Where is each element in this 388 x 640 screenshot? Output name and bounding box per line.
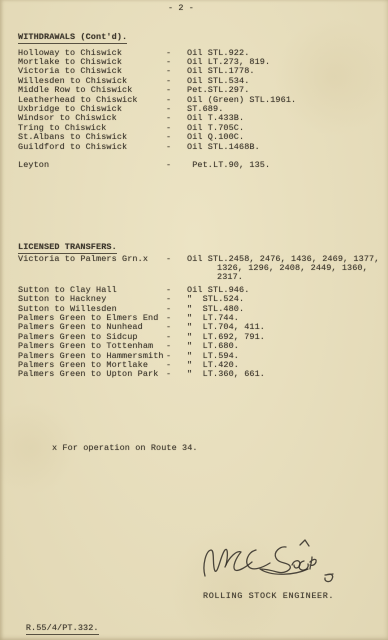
fleet-numbers: Oil STL.2458, 2476, 1436, 2469, 1377,132… (187, 255, 384, 283)
dash-separator: - (160, 77, 187, 86)
reference-number-text: R.55/4/PT.332. (26, 624, 99, 635)
table-row: Leyton - Pet.LT.90, 135. (18, 161, 384, 170)
page-number: - 2 - (0, 4, 362, 13)
dash-separator: - (160, 255, 187, 264)
route-label: Palmers Green to Upton Park (18, 370, 160, 379)
dash-separator: - (160, 286, 187, 295)
footnote: x For operation on Route 34. (52, 444, 198, 453)
dash-separator: - (160, 58, 187, 67)
dash-separator: - (160, 114, 187, 123)
dash-separator: - (160, 133, 187, 142)
signature (198, 538, 348, 590)
dash-separator: - (160, 370, 187, 379)
fleet-numbers: Pet.LT.90, 135. (187, 161, 384, 170)
dash-separator: - (160, 143, 187, 152)
document-page: - 2 - WITHDRAWALS (Cont'd). Holloway to … (0, 0, 388, 640)
dash-separator: - (160, 105, 187, 114)
dash-separator: - (160, 352, 187, 361)
reference-number: R.55/4/PT.332. (5, 615, 99, 640)
table-row: Guildford to Chiswick - Oil STL.1468B. (18, 143, 384, 152)
dash-separator: - (160, 295, 187, 304)
withdrawals-table: Holloway to Chiswick - Oil STL.922. Mort… (18, 49, 384, 171)
fleet-numbers-line: Oil STL.2458, 2476, 1436, 2469, 1377, (187, 254, 379, 264)
licensed-transfers-table: Victoria to Palmers Grn.x - Oil STL.2458… (18, 255, 384, 380)
table-row: Victoria to Palmers Grn.x - Oil STL.2458… (18, 255, 384, 283)
fleet-numbers: " LT.360, 661. (187, 370, 384, 379)
dash-separator: - (160, 96, 187, 105)
dash-separator: - (160, 49, 187, 58)
withdrawals-heading: WITHDRAWALS (Cont'd). (18, 33, 127, 44)
dash-separator: - (160, 161, 187, 170)
licensed-transfers-section: LICENSED TRANSFERS. Victoria to Palmers … (18, 236, 384, 380)
route-label: Victoria to Palmers Grn.x (18, 255, 160, 264)
licensed-transfers-heading: LICENSED TRANSFERS. (18, 243, 117, 254)
table-row: Palmers Green to Upton Park - " LT.360, … (18, 370, 384, 379)
fleet-numbers-continuation: 2317. (187, 272, 243, 282)
fleet-numbers: Oil STL.1468B. (187, 143, 384, 152)
dash-separator: - (160, 323, 187, 332)
signature-title: ROLLING STOCK ENGINEER. (203, 592, 334, 601)
dash-separator: - (160, 124, 187, 133)
route-label: Leyton (18, 161, 160, 170)
withdrawals-section: WITHDRAWALS (Cont'd). Holloway to Chiswi… (18, 26, 384, 170)
dash-separator: - (160, 86, 187, 95)
dash-separator: - (160, 342, 187, 351)
dash-separator: - (160, 361, 187, 370)
dash-separator: - (160, 67, 187, 76)
dash-separator: - (160, 305, 187, 314)
dash-separator: - (160, 333, 187, 342)
dash-separator: - (160, 314, 187, 323)
signature-scrawl-icon (198, 538, 348, 590)
route-label: Guildford to Chiswick (18, 143, 160, 152)
